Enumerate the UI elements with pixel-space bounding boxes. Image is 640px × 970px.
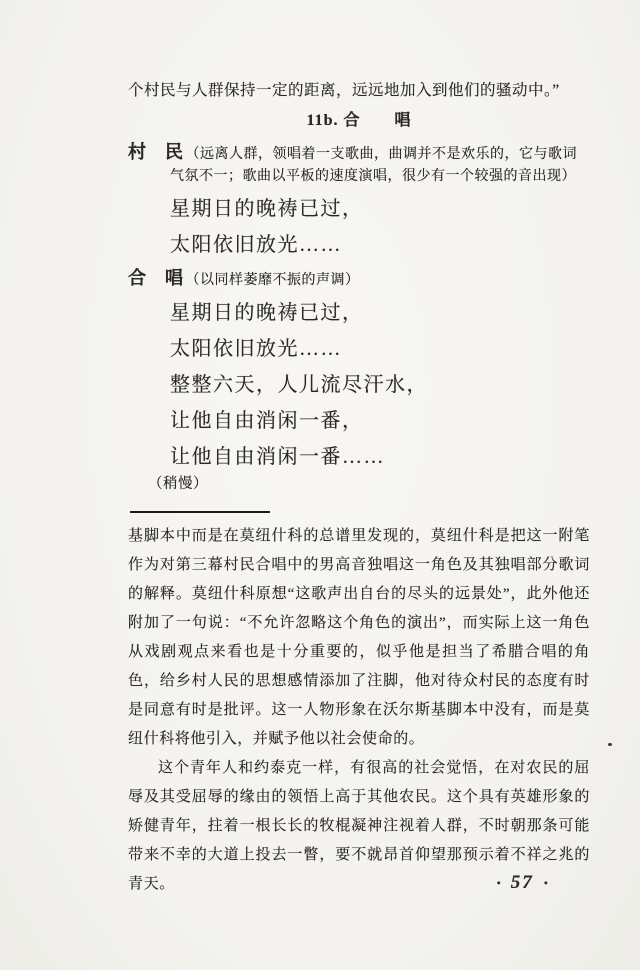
stage-direction-line1: （远离人群，领唱着一支歌曲，曲调并不是欢乐的，它与歌词 [184,143,578,163]
villager-speaker-row: 村 民 （远离人群，领唱着一支歌曲，曲调并不是欢乐的，它与歌词 [128,138,590,164]
page-number-right-dot: • [544,876,548,891]
verse-line: 星期日的晚祷已过， [170,296,632,325]
verse-line: 星期日的晚祷已过， [170,192,632,221]
tempo-marking: （稍慢） [148,472,610,493]
book-page: 个村民与人群保持一定的距离，远远地加入到他们的骚动中。” 11b. 合 唱 村 … [0,0,640,970]
footnote-divider [130,511,270,513]
scan-speck [608,743,612,746]
section-heading: 11b. 合 唱 [128,107,590,130]
verse-line: 太阳依旧放光…… [170,228,632,257]
footnote-paragraph: 基脚本中而是在莫纽什科的总谱里发现的，莫纽什科是把这一附笔作为对第三幕村民合唱中… [128,522,590,754]
verse-line: 整整六天，人儿流尽汗水， [170,368,632,397]
page-number-left-dot: • [497,876,501,891]
verse-line: 让他自由消闲一番…… [170,440,632,469]
verse-line: 太阳依旧放光…… [170,332,632,361]
stage-direction-chorus: （以同样萎靡不振的声调） [184,269,360,289]
speaker-name-villager: 村 民 [128,138,184,164]
verse-line: 让他自由消闲一番， [170,404,632,433]
stage-direction-line2: 气氛不一；歌曲以平板的速度演唱，很少有一个较强的音出现） [170,165,592,185]
body-continuation-line: 个村民与人群保持一定的距离，远远地加入到他们的骚动中。” [128,78,590,100]
page-number: • 57 • [497,872,548,894]
chorus-speaker-row: 合 唱 （以同样萎靡不振的声调） [128,264,590,290]
footnote-block: 基脚本中而是在莫纽什科的总谱里发现的，莫纽什科是把这一附笔作为对第三幕村民合唱中… [128,522,590,899]
page-number-value: 57 [511,872,534,894]
speaker-name-chorus: 合 唱 [128,264,184,290]
